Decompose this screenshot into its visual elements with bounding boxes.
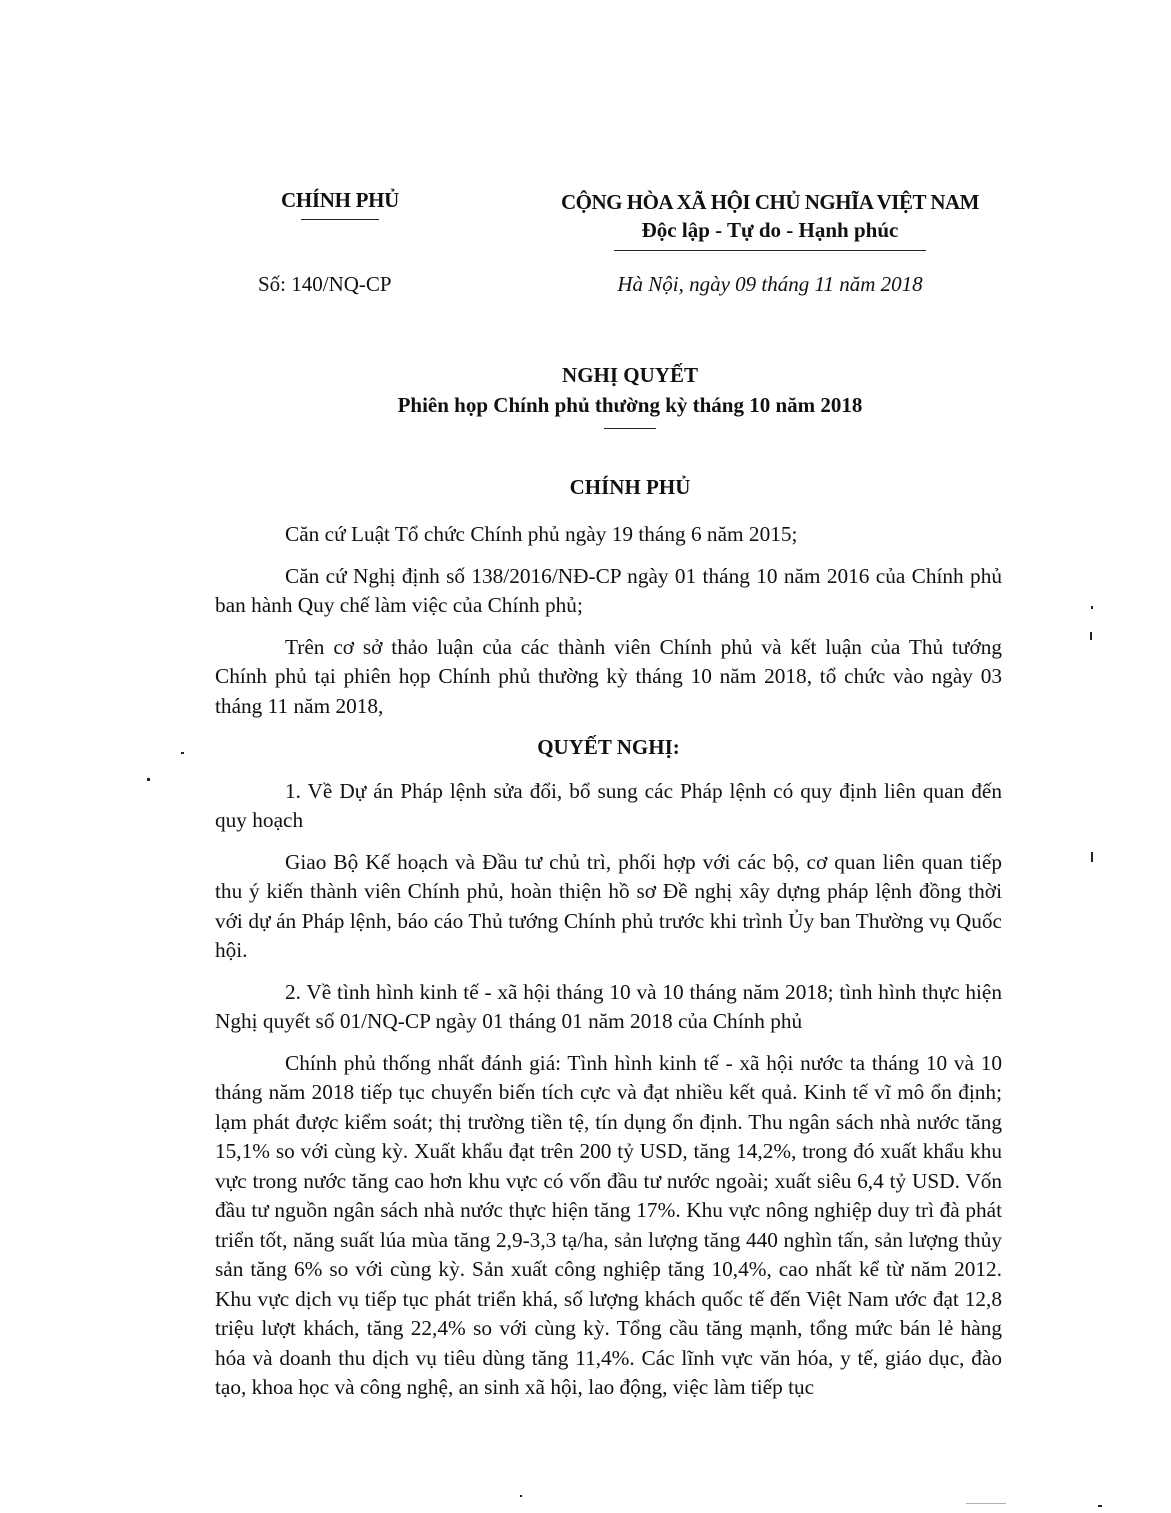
document-body: Căn cứ Luật Tổ chức Chính phủ ngày 19 th… — [215, 520, 1002, 1415]
nation-name: CỘNG HÒA XÃ HỘI CHỦ NGHĨA VIỆT NAM — [520, 188, 1020, 216]
motto-underline — [614, 250, 926, 251]
scan-artifact — [520, 1495, 522, 1497]
preamble-paragraph: Căn cứ Nghị định số 138/2016/NĐ-CP ngày … — [215, 562, 1002, 621]
issuer-heading: CHÍNH PHỦ — [240, 472, 1020, 502]
scan-artifact — [1091, 606, 1093, 609]
preamble-paragraph: Trên cơ sở thảo luận của các thành viên … — [215, 633, 1002, 722]
issuer-underline — [301, 219, 379, 220]
document-title-block: NGHỊ QUYẾT Phiên họp Chính phủ thường kỳ… — [240, 360, 1020, 429]
scan-artifact — [147, 778, 150, 781]
national-header: CỘNG HÒA XÃ HỘI CHỦ NGHĨA VIỆT NAM Độc l… — [520, 188, 1020, 251]
section-paragraph: Giao Bộ Kế hoạch và Đầu tư chủ trì, phối… — [215, 848, 1002, 966]
document-number: Số: 140/NQ-CP — [258, 270, 392, 298]
section-paragraph: Chính phủ thống nhất đánh giá: Tình hình… — [215, 1049, 1002, 1403]
scan-artifact — [1090, 632, 1092, 640]
section-heading: 2. Về tình hình kinh tế - xã hội tháng 1… — [215, 978, 1002, 1037]
place-and-date: Hà Nội, ngày 09 tháng 11 năm 2018 — [520, 270, 1020, 298]
scan-artifact — [181, 752, 184, 754]
title-underline — [604, 428, 656, 429]
resolution-heading: QUYẾT NGHỊ: — [215, 733, 1002, 763]
document-subject: Phiên họp Chính phủ thường kỳ tháng 10 n… — [240, 390, 1020, 420]
scan-artifact — [1091, 852, 1093, 862]
section-heading: 1. Về Dự án Pháp lệnh sửa đổi, bổ sung c… — [215, 777, 1002, 836]
scan-artifact — [1098, 1505, 1102, 1507]
document-type: NGHỊ QUYẾT — [240, 360, 1020, 390]
preamble-paragraph: Căn cứ Luật Tổ chức Chính phủ ngày 19 th… — [215, 520, 1002, 550]
issuer-block: CHÍNH PHỦ — [255, 186, 425, 220]
scan-artifact — [966, 1503, 1006, 1504]
scanned-document-page: CHÍNH PHỦ Số: 140/NQ-CP CỘNG HÒA XÃ HỘI … — [0, 0, 1171, 1513]
issuer-org: CHÍNH PHỦ — [255, 186, 425, 214]
national-motto: Độc lập - Tự do - Hạnh phúc — [520, 216, 1020, 244]
